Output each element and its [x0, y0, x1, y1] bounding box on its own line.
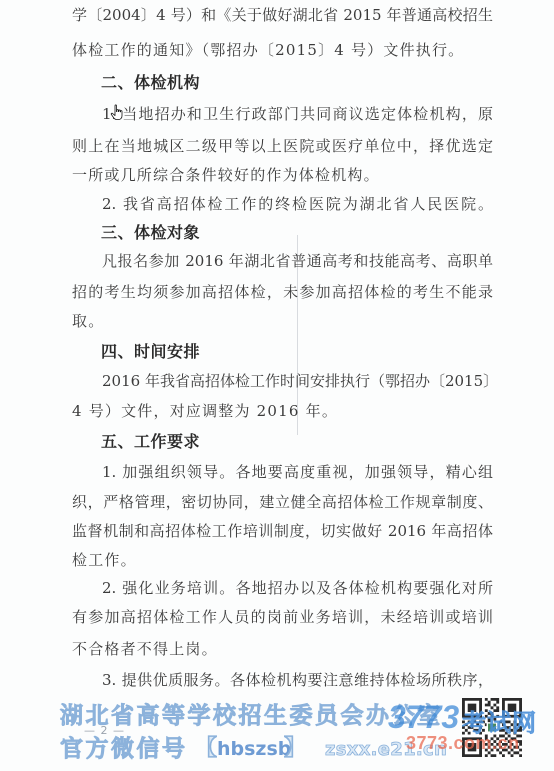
body-line: 4 号）文件，对应调整为 2016 年。: [72, 400, 338, 422]
body-line: 3. 提供优质服务。各体检机构要注意维持体检场所秩序，: [102, 669, 493, 691]
watermark-wechat-id: hbszsb: [217, 737, 291, 761]
document-page: 学〔2004〕4 号）和《关于做好湖北省 2015 年普通高校招生 体检工作的通…: [0, 0, 554, 771]
body-line: 2. 我省高招体检工作的终检医院为湖北省人民医院。: [102, 193, 493, 215]
watermark-wechat-label: 官方微信号: [60, 735, 188, 763]
section-heading-requirements: 五、工作要求: [101, 431, 200, 453]
body-line: 2016 年我省高招体检工作时间安排执行（鄂招办〔2015〕: [102, 370, 493, 392]
body-line: 学〔2004〕4 号）和《关于做好湖北省 2015 年普通高校招生: [72, 4, 493, 26]
body-line: 有参加高招体检工作人员的岗前业务培训，未经培训或培训: [72, 606, 493, 628]
section-heading-schedule: 四、时间安排: [101, 341, 200, 363]
body-line: 1. 当地招办和卫生行政部门共同商议选定体检机构，原: [102, 103, 493, 125]
body-line: 检工作。: [72, 549, 137, 571]
body-line: 监督机制和高招体检工作培训制度，切实做好 2016 年高招体: [72, 520, 493, 542]
body-line: 凡报名参加 2016 年湖北省普通高考和技能高考、高职单: [102, 250, 493, 272]
watermark-org-name: 湖北省高等学校招生委员会办公室: [60, 702, 443, 730]
body-line: 则上在当地城区二级甲等以上医院或医疗单位中，择优选定: [72, 135, 493, 157]
body-line: 招的考生均须参加高招体检，未参加高招体检的考生不能录: [72, 281, 493, 303]
watermark-bracket-open: 【: [195, 735, 217, 763]
body-line: 不合格者不得上岗。: [72, 638, 218, 660]
body-line: 1. 加强组织领导。各地要高度重视，加强领导，精心组: [102, 461, 493, 483]
site-logo-domain: 3773.com.cn: [406, 732, 520, 754]
body-line: 2. 强化业务培训。各地招办以及各体检机构要强化对所: [102, 577, 493, 599]
body-line: 一所或几所综合条件较好的作为体检机构。: [72, 164, 380, 186]
body-line: 取。: [72, 310, 104, 332]
section-heading-subjects: 三、体检对象: [101, 222, 200, 244]
section-heading-institutions: 二、体检机构: [101, 72, 200, 94]
site-logo-number: 3773: [388, 698, 459, 736]
hand-pointer-icon: [110, 104, 124, 122]
body-line: 织，严格管理，密切协同，建立健全高招体检工作规章制度、: [72, 491, 493, 513]
body-line: 体检工作的通知》（鄂招办〔2015〕4 号）文件执行。: [72, 39, 464, 61]
watermark-bracket-close: 】: [284, 735, 306, 763]
